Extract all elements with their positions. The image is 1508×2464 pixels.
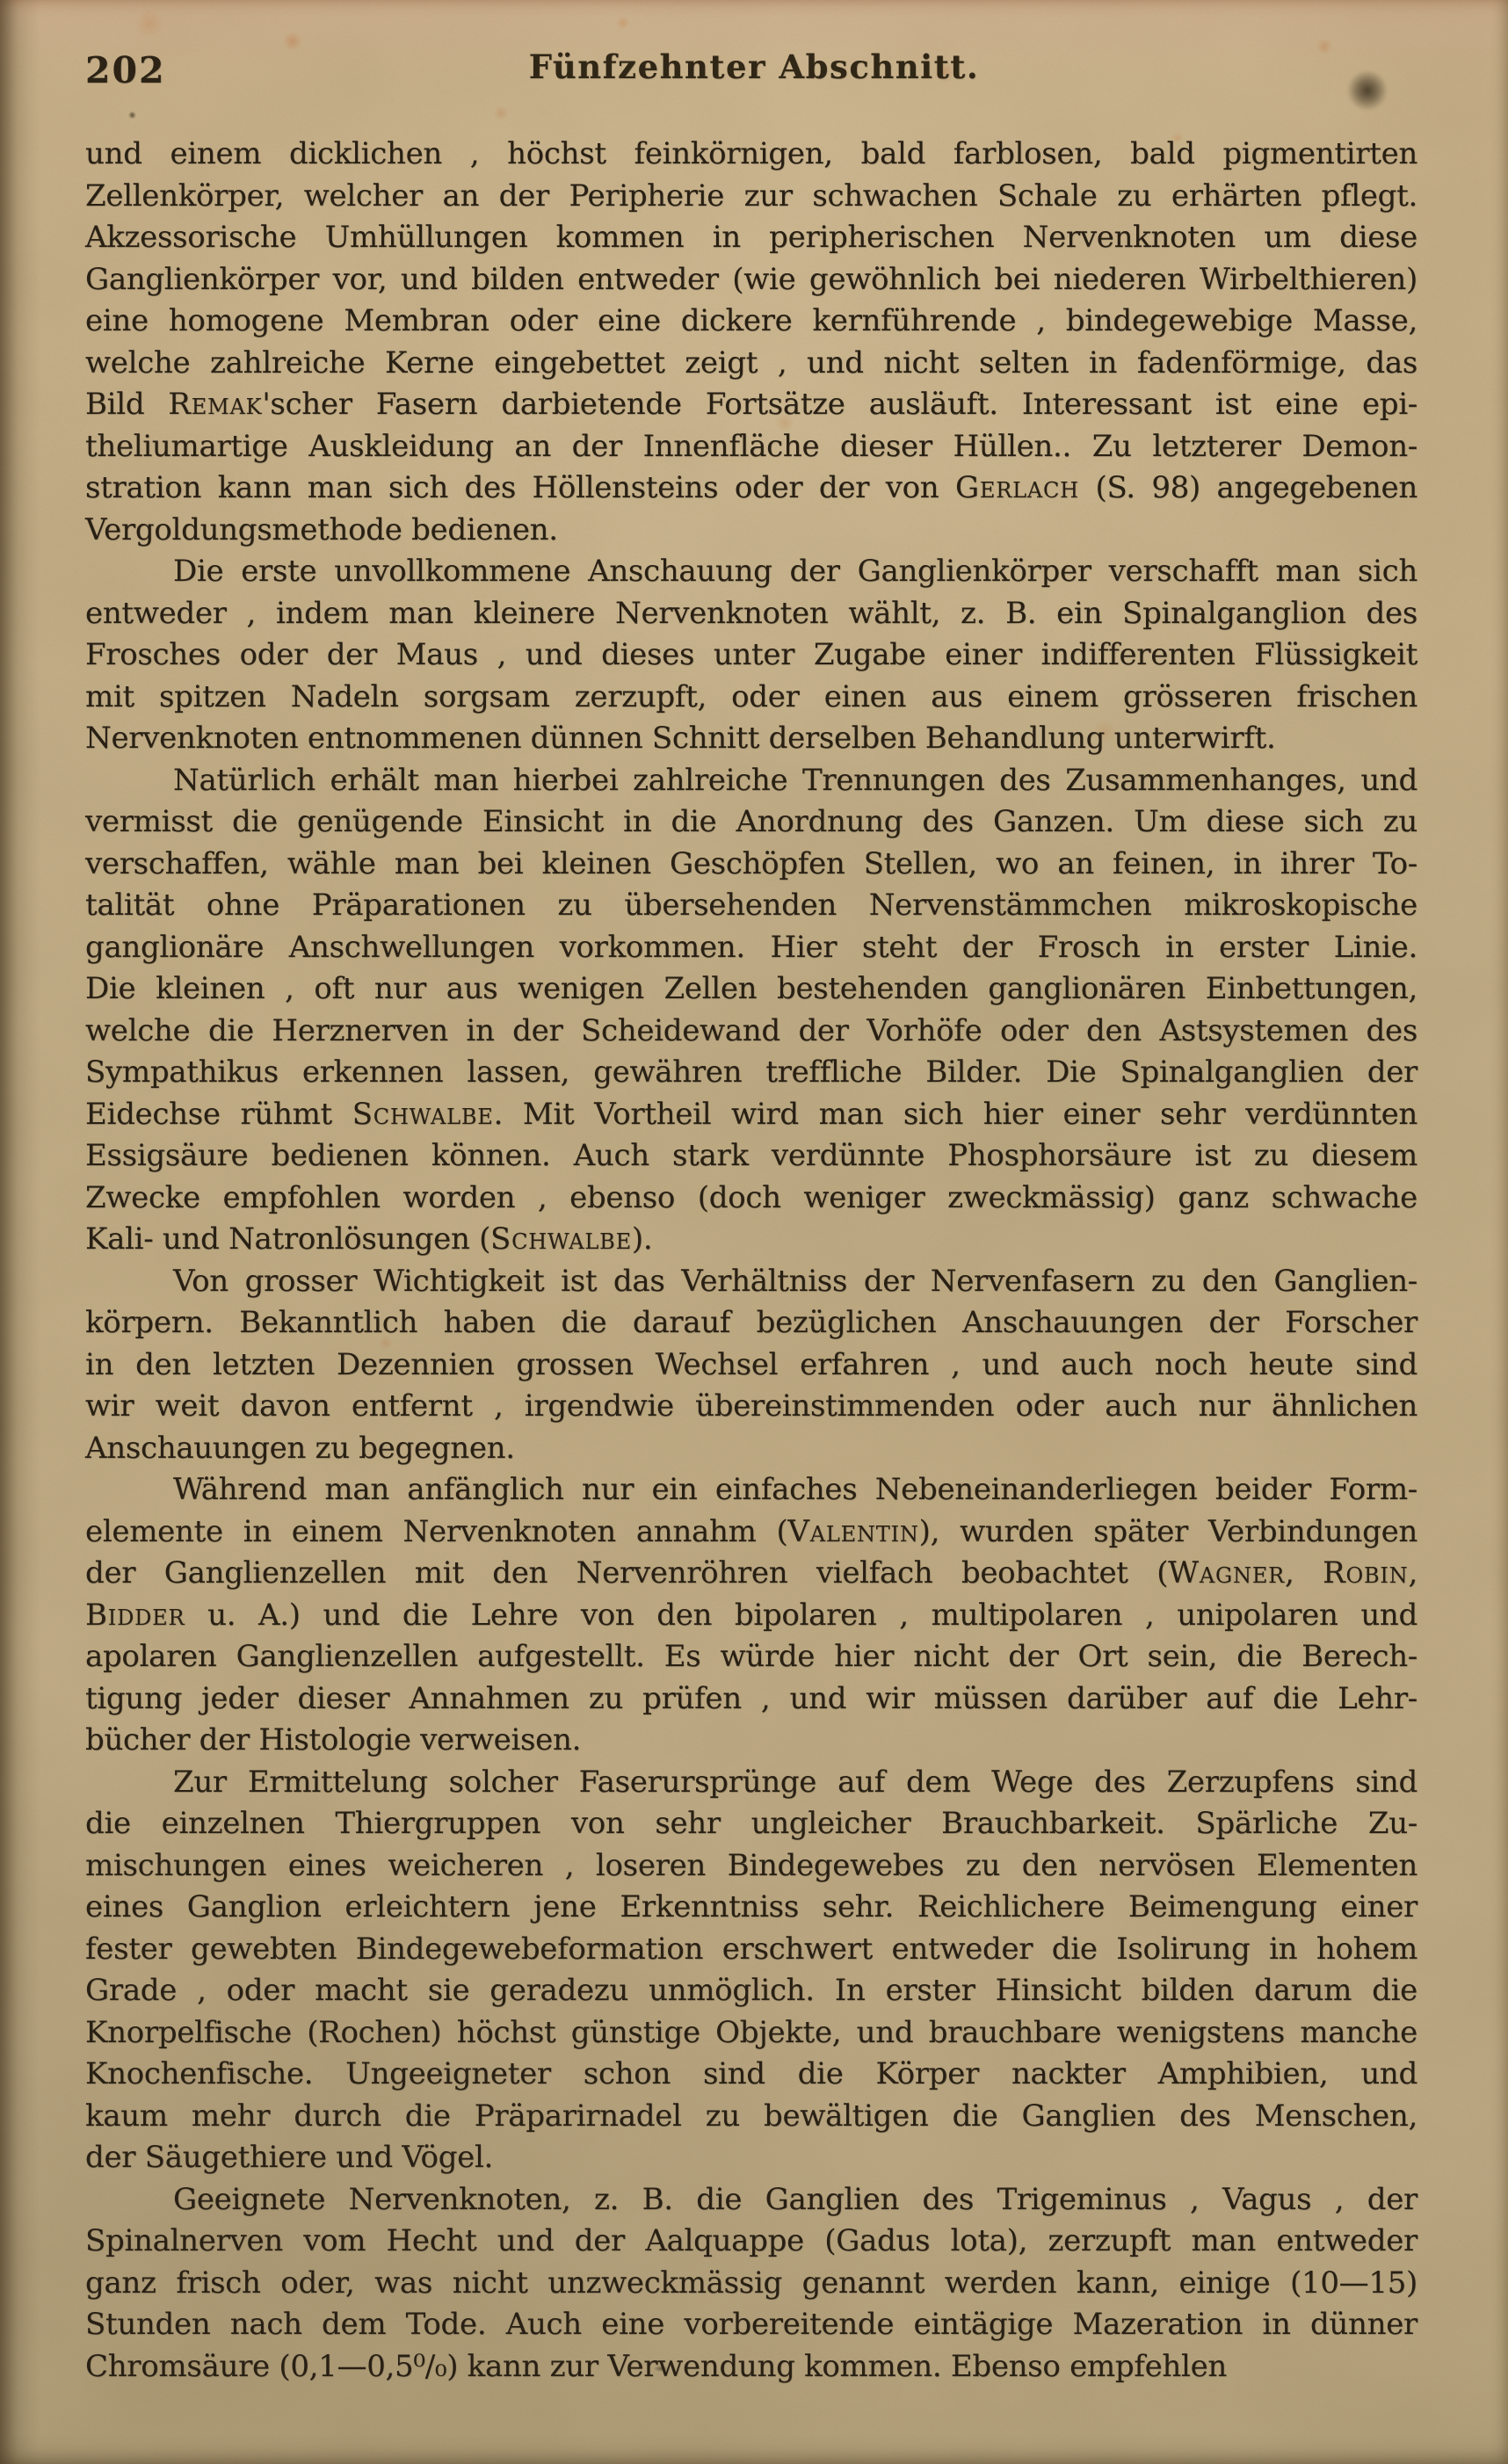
book-page: 202 Fünfzehnter Abschnitt. und einem dic…: [0, 0, 1508, 2464]
text-line: der Säugethiere und Vögel.: [85, 2137, 1417, 2179]
text-line: Eidechse rühmt Schwalbe. Mit Vortheil wi…: [85, 1094, 1417, 1136]
text-line: Natürlich erhält man hierbei zahlreiche …: [85, 760, 1417, 802]
author-name-smallcaps: Schwalbe: [490, 1221, 632, 1257]
paragraph: Während man anfänglich nur ein einfaches…: [85, 1469, 1417, 1762]
text-line: elemente in einem Nervenknoten annahm (V…: [85, 1511, 1417, 1554]
page-header: 202 Fünfzehnter Abschnitt.: [0, 47, 1508, 90]
text-line: Stunden nach dem Tode. Auch eine vorbere…: [85, 2304, 1417, 2346]
text-line: eine homogene Membran oder eine dickere …: [85, 301, 1417, 343]
text-line: kaum mehr durch die Präparirnadel zu bew…: [85, 2096, 1417, 2138]
text-line: Essigsäure bedienen können. Auch stark v…: [85, 1135, 1417, 1178]
text-line: fester gewebten Bindegewebeformation ers…: [85, 1929, 1417, 1971]
paragraph: Die erste unvollkommene Anschauung der G…: [85, 551, 1417, 760]
text-line: entweder , indem man kleinere Nervenknot…: [85, 593, 1417, 635]
text-line: bücher der Histologie verweisen.: [85, 1720, 1417, 1762]
text-line: verschaffen, wähle man bei kleinen Gesch…: [85, 844, 1417, 886]
text-line: Die kleinen , oft nur aus wenigen Zellen…: [85, 968, 1417, 1011]
text-line: theliumartige Auskleidung an der Innenfl…: [85, 426, 1417, 468]
author-name-smallcaps: Wagner: [1168, 1555, 1285, 1591]
text-line: Anschauungen zu begegnen.: [85, 1428, 1417, 1470]
text-line: mischungen eines weicheren , loseren Bin…: [85, 1845, 1417, 1888]
text-line: Bild Remak'scher Fasern darbietende Fort…: [85, 384, 1417, 426]
text-line: Akzessorische Umhüllungen kommen in peri…: [85, 217, 1417, 259]
text-line: eines Ganglion erleichtern jene Erkenntn…: [85, 1887, 1417, 1929]
text-line: Geeignete Nervenknoten, z. B. die Gangli…: [85, 2179, 1417, 2221]
text-line: mit spitzen Nadeln sorgsam zerzupft, ode…: [85, 677, 1417, 719]
paragraph: Geeignete Nervenknoten, z. B. die Gangli…: [85, 2179, 1417, 2388]
text-line: und einem dicklichen , höchst feinkörnig…: [85, 134, 1417, 176]
text-line: Grade , oder macht sie geradezu unmöglic…: [85, 1970, 1417, 2012]
text-line: stration kann man sich des Höllensteins …: [85, 467, 1417, 510]
text-line: körpern. Bekanntlich haben die darauf be…: [85, 1302, 1417, 1344]
author-name-smallcaps: Robin: [1323, 1555, 1408, 1591]
text-line: talität ohne Präparationen zu übersehend…: [85, 885, 1417, 927]
text-line: Die erste unvollkommene Anschauung der G…: [85, 551, 1417, 593]
text-block: und einem dicklichen , höchst feinkörnig…: [85, 134, 1417, 2388]
text-line: Zwecke empfohlen worden , ebenso (doch w…: [85, 1178, 1417, 1220]
text-line: apolaren Ganglienzellen aufgestellt. Es …: [85, 1636, 1417, 1678]
text-line: Von grosser Wichtigkeit ist das Verhältn…: [85, 1261, 1417, 1303]
text-line: welche zahlreiche Kerne eingebettet zeig…: [85, 343, 1417, 385]
author-name-smallcaps: Valentin: [787, 1514, 918, 1549]
text-line: wir weit davon entfernt , irgendwie über…: [85, 1386, 1417, 1428]
text-line: Zellenkörper, welcher an der Peripherie …: [85, 176, 1417, 218]
text-line: Spinalnerven vom Hecht und der Aalquappe…: [85, 2221, 1417, 2263]
author-name-smallcaps: Gerlach: [955, 470, 1079, 505]
paragraph: Natürlich erhält man hierbei zahlreiche …: [85, 760, 1417, 1261]
text-line: Kali- und Natronlösungen (Schwalbe).: [85, 1219, 1417, 1261]
chapter-heading: Fünfzehnter Abschnitt.: [0, 47, 1508, 86]
text-line: Nervenknoten entnommenen dünnen Schnitt …: [85, 718, 1417, 760]
paragraph: und einem dicklichen , höchst feinkörnig…: [85, 134, 1417, 551]
author-name-smallcaps: Bidder: [85, 1598, 185, 1633]
text-line: die einzelnen Thiergruppen von sehr ungl…: [85, 1803, 1417, 1845]
text-line: Chromsäure (0,1—0,5⁰/₀) kann zur Verwend…: [85, 2346, 1417, 2388]
text-line: Bidder u. A.) und die Lehre von den bipo…: [85, 1595, 1417, 1637]
text-line: ganglionäre Anschwellungen vorkommen. Hi…: [85, 927, 1417, 969]
text-line: tigung jeder dieser Annahmen zu prüfen ,…: [85, 1678, 1417, 1721]
text-line: ganz frisch oder, was nicht unzweckmässi…: [85, 2263, 1417, 2305]
text-line: Während man anfänglich nur ein einfaches…: [85, 1469, 1417, 1511]
page-number: 202: [85, 49, 166, 91]
text-line: vermisst die genügende Einsicht in die A…: [85, 801, 1417, 844]
text-line: Vergoldungsmethode bedienen.: [85, 510, 1417, 552]
paragraph: Zur Ermittelung solcher Faserursprünge a…: [85, 1762, 1417, 2179]
text-line: Zur Ermittelung solcher Faserursprünge a…: [85, 1762, 1417, 1804]
ink-speck: [128, 112, 136, 119]
text-line: welche die Herznerven in der Scheidewand…: [85, 1011, 1417, 1053]
text-line: in den letzten Dezennien grossen Wechsel…: [85, 1344, 1417, 1387]
text-line: Frosches oder der Maus , und dieses unte…: [85, 634, 1417, 677]
paragraph: Von grosser Wichtigkeit ist das Verhältn…: [85, 1261, 1417, 1470]
author-name-smallcaps: Remak: [168, 387, 262, 422]
text-line: Knorpelfische (Rochen) höchst günstige O…: [85, 2012, 1417, 2055]
author-name-smallcaps: Schwalbe: [352, 1097, 494, 1132]
text-line: der Ganglienzellen mit den Nervenröhren …: [85, 1553, 1417, 1595]
text-line: Sympathikus erkennen lassen, gewähren tr…: [85, 1052, 1417, 1094]
text-line: Knochenfische. Ungeeigneter schon sind d…: [85, 2054, 1417, 2096]
text-line: Ganglienkörper vor, und bilden entweder …: [85, 259, 1417, 301]
gutter-shadow: [0, 0, 40, 2464]
